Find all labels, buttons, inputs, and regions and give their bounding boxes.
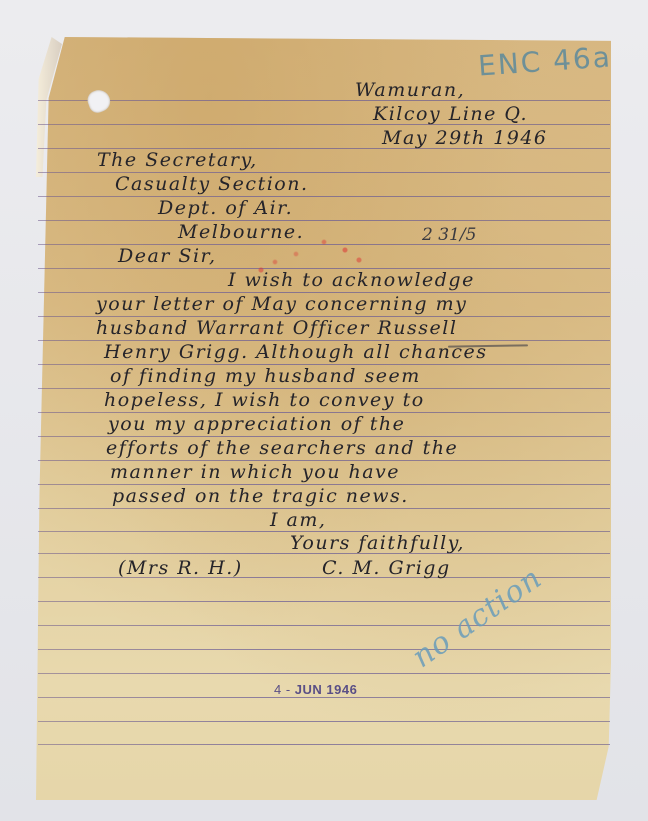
signature: C. M. Grigg bbox=[322, 556, 451, 580]
body-line: hopeless, I wish to convey to bbox=[104, 388, 425, 412]
rule-line bbox=[38, 220, 610, 221]
recipient-line-1: The Secretary, bbox=[97, 148, 258, 172]
rule-line bbox=[38, 100, 610, 101]
rule-line bbox=[38, 697, 610, 698]
salutation: Dear Sir, bbox=[118, 244, 217, 268]
rule-line bbox=[38, 649, 610, 650]
body-line: efforts of the searchers and the bbox=[106, 436, 458, 460]
rule-line bbox=[38, 196, 610, 197]
letter-date: May 29th 1946 bbox=[382, 126, 548, 150]
body-line: husband Warrant Officer Russell bbox=[96, 316, 457, 340]
rule-line bbox=[38, 673, 610, 674]
rule-line bbox=[38, 625, 610, 626]
rule-line bbox=[38, 744, 610, 745]
reference-number: 2 31/5 bbox=[422, 225, 476, 245]
rule-line bbox=[38, 721, 610, 722]
body-line: Henry Grigg. Although all chances bbox=[104, 340, 488, 364]
stamp-month-year: JUN 1946 bbox=[295, 682, 358, 697]
body-line: you my appreciation of the bbox=[108, 412, 405, 436]
body-line: your letter of May concerning my bbox=[96, 292, 467, 316]
address-line-2: Kilcoy Line Q. bbox=[373, 102, 528, 126]
closing-line-1: I am, bbox=[270, 508, 326, 532]
recipient-line-2: Casualty Section. bbox=[115, 172, 309, 196]
received-date-stamp: 4 - JUN 1946 bbox=[274, 682, 357, 697]
body-line: of finding my husband seem bbox=[110, 364, 421, 388]
recipient-line-3: Dept. of Air. bbox=[158, 196, 293, 220]
closing-line-2: Yours faithfully, bbox=[290, 531, 465, 555]
body-line: I wish to acknowledge bbox=[228, 268, 475, 292]
body-line: manner in which you have bbox=[110, 460, 400, 484]
name-note: (Mrs R. H.) bbox=[118, 556, 243, 580]
address-line-1: Wamuran, bbox=[355, 78, 465, 102]
stamp-day: 4 - bbox=[274, 682, 291, 697]
body-line: passed on the tragic news. bbox=[112, 484, 409, 508]
